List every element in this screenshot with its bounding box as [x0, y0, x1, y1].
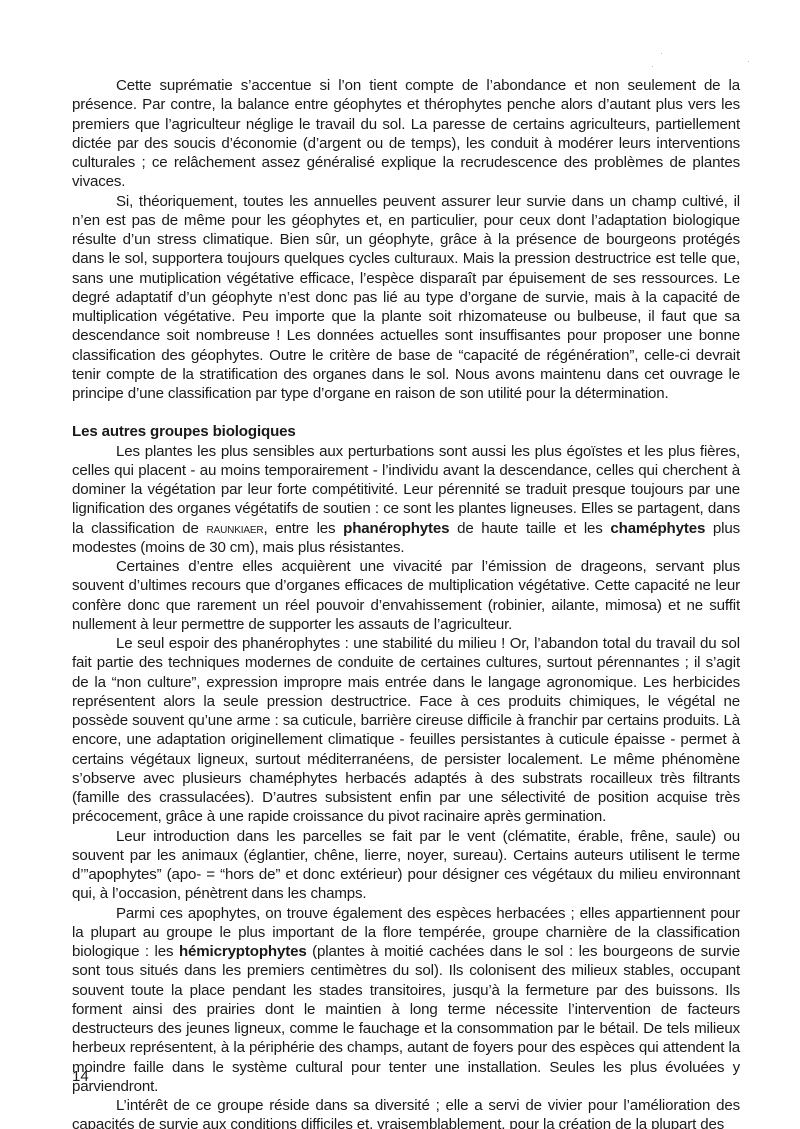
paragraph: Les plantes les plus sensibles aux pertu… — [72, 442, 740, 558]
paragraph: Cette suprématie s’accentue si l’on tien… — [72, 76, 740, 192]
paragraph: Leur introduction dans les parcelles se … — [72, 827, 740, 904]
bold-term: chaméphytes — [610, 520, 705, 537]
small-caps-name: RAUNKIAER — [207, 520, 264, 536]
scan-speck — [661, 53, 662, 54]
paragraph: Si, théoriquement, toutes les annuelles … — [72, 192, 740, 404]
paragraph: Certaines d’entre elles acquièrent une v… — [72, 557, 740, 634]
page-number: 14 — [72, 1068, 89, 1085]
bold-term: phanérophytes — [343, 520, 449, 537]
paragraph: Parmi ces apophytes, on trouve également… — [72, 904, 740, 1097]
scan-speck — [748, 61, 749, 62]
bold-term: hémicryptophytes — [179, 943, 307, 960]
section-heading: Les autres groupes biologiques — [72, 422, 740, 441]
page-body: Cette suprématie s’accentue si l’on tien… — [72, 76, 740, 1129]
paragraph: Le seul espoir des phanérophytes : une s… — [72, 634, 740, 827]
paragraph: L’intérêt de ce groupe réside dans sa di… — [72, 1096, 740, 1129]
scan-speck — [652, 66, 653, 67]
